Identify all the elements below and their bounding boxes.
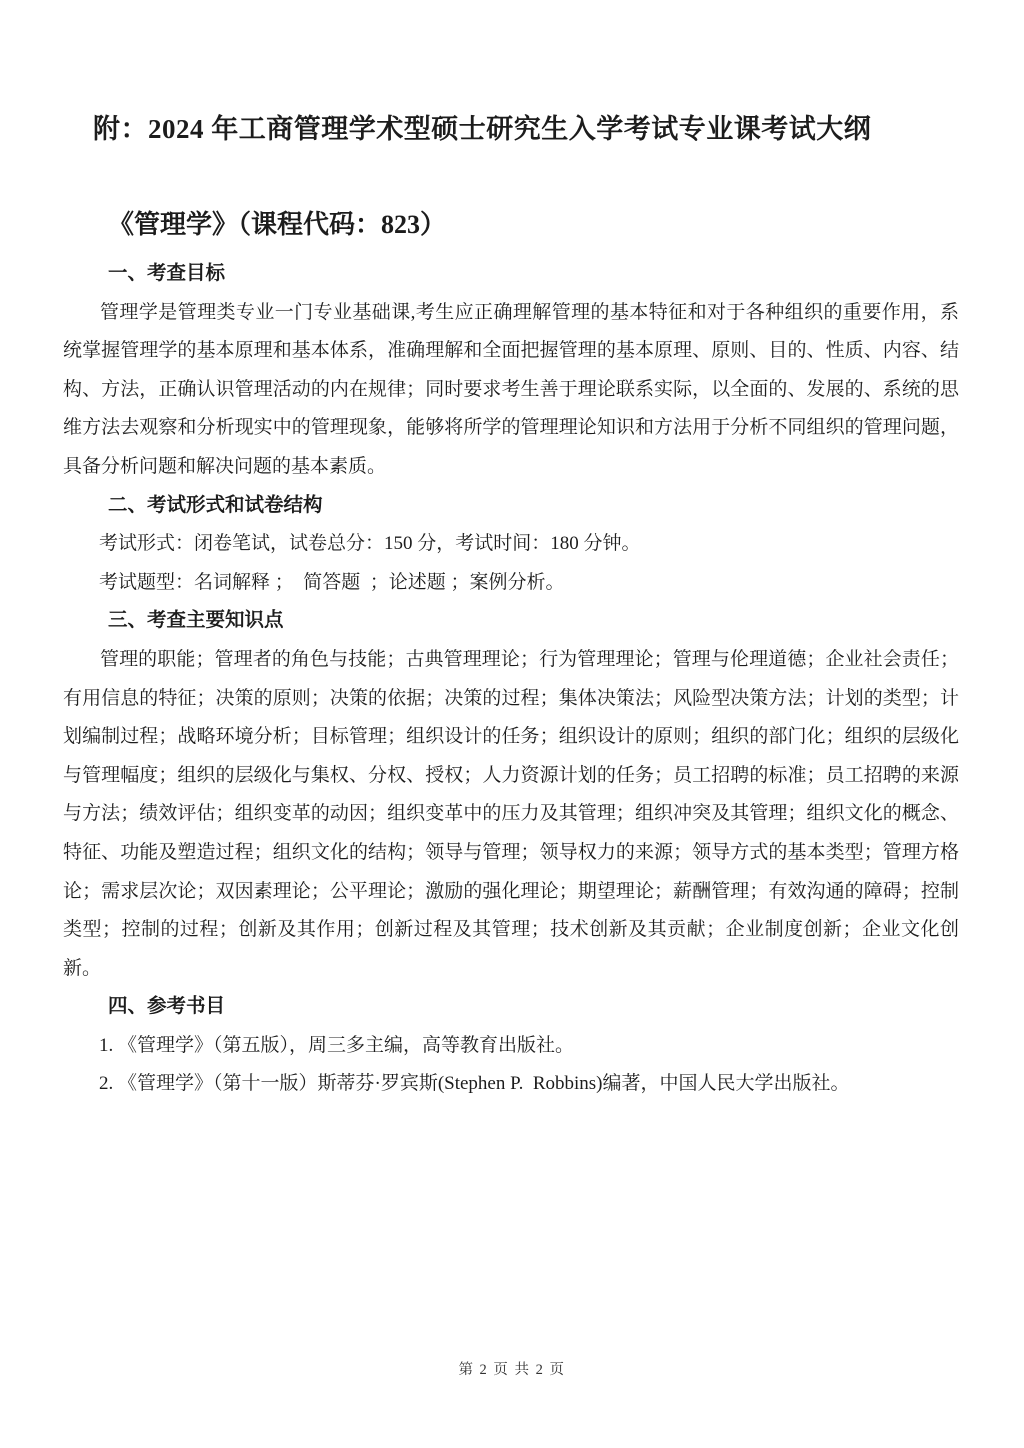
doc-title: 附：2024 年工商管理学术型硕士研究生入学考试专业课考试大纲 [93,112,959,146]
section-heading-exam-objectives: 一、考查目标 [63,255,959,294]
reference-item-2: 2. 《管理学》（第十一版）斯蒂芬·罗宾斯(Stephen P. Robbins… [63,1065,959,1104]
exam-format-line: 考试形式：闭卷笔试，试卷总分：150 分，考试时间：180 分钟。 [63,525,959,564]
key-knowledge-points-paragraph: 管理的职能；管理者的角色与技能；古典管理理论；行为管理理论；管理与伦理道德；企业… [63,641,959,988]
course-title: 《管理学》（课程代码：823） [108,208,959,242]
document-content: 附：2024 年工商管理学术型硕士研究生入学考试专业课考试大纲 《管理学》（课程… [63,0,959,1104]
page-number-footer: 第 2 页 共 2 页 [0,1358,1024,1379]
section-heading-reference-books: 四、参考书目 [63,988,959,1027]
exam-question-types-line: 考试题型：名词解释 ； 简答题 ；论述题 ；案例分析。 [63,564,959,603]
document-page: 附：2024 年工商管理学术型硕士研究生入学考试专业课考试大纲 《管理学》（课程… [0,0,1024,1448]
section-heading-exam-format: 二、考试形式和试卷结构 [63,487,959,526]
reference-item-1: 1. 《管理学》（第五版），周三多主编，高等教育出版社。 [63,1027,959,1066]
section-heading-key-knowledge-points: 三、考查主要知识点 [63,602,959,641]
exam-objectives-paragraph: 管理学是管理类专业一门专业基础课,考生应正确理解管理的基本特征和对于各种组织的重… [63,294,959,487]
